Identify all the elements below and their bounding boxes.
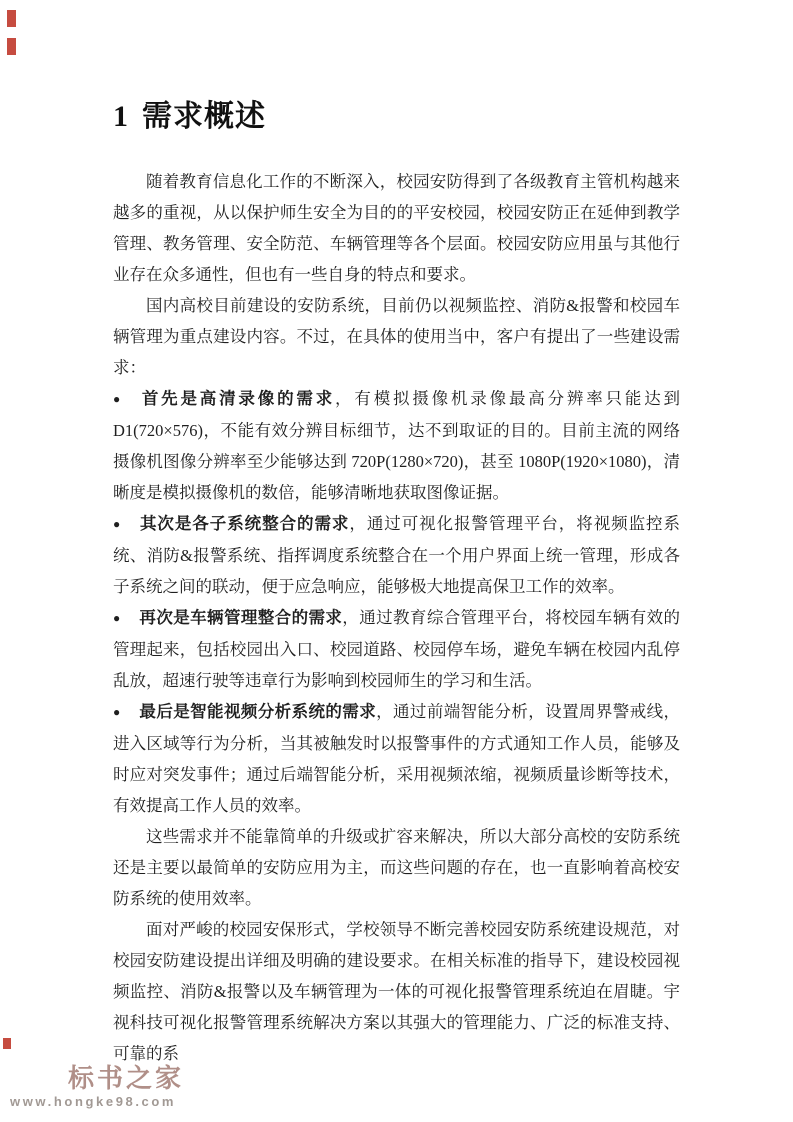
- red-edge-mark-bottom: [3, 1038, 11, 1049]
- bullet-icon: ●: [113, 384, 139, 415]
- bullet-lead: 再次是车辆管理整合的需求: [139, 608, 342, 627]
- section-heading: 1需求概述: [113, 96, 680, 138]
- watermark-brand: 标书之家: [68, 1058, 184, 1095]
- bullet-item-hd-recording: ●首先是高清录像的需求，有模拟摄像机录像最高分辨率只能达到 D1(720×576…: [113, 383, 680, 508]
- red-edge-mark-top-2: [7, 38, 16, 55]
- closing-paragraph-2: 面对严峻的校园安保形式，学校领导不断完善校园安防系统建设规范，对校园安防建设提出…: [113, 914, 680, 1069]
- bullet-icon: ●: [113, 697, 139, 728]
- watermark-url: www.hongke98.com: [10, 1094, 176, 1109]
- intro-paragraph-1: 随着教育信息化工作的不断深入，校园安防得到了各级教育主管机构越来越多的重视，从以…: [113, 166, 680, 290]
- bullet-icon: ●: [113, 603, 139, 634]
- bullet-item-subsystem-integration: ●其次是各子系统整合的需求，通过可视化报警管理平台，将视频监控系统、消防&报警系…: [113, 508, 680, 602]
- bullet-item-intelligent-video-analysis: ●最后是智能视频分析系统的需求，通过前端智能分析，设置周界警戒线，进入区域等行为…: [113, 696, 680, 821]
- bullet-lead: 首先是高清录像的需求: [139, 389, 335, 408]
- bullet-lead: 其次是各子系统整合的需求: [139, 514, 349, 533]
- heading-title: 需求概述: [142, 100, 266, 133]
- document-content: 1需求概述 随着教育信息化工作的不断深入，校园安防得到了各级教育主管机构越来越多…: [113, 96, 680, 1069]
- closing-paragraph-1: 这些需求并不能靠简单的升级或扩容来解决，所以大部分高校的安防系统还是主要以最简单…: [113, 821, 680, 914]
- red-edge-mark-top-1: [7, 10, 16, 27]
- bullet-lead: 最后是智能视频分析系统的需求: [139, 702, 376, 721]
- document-page: 1需求概述 随着教育信息化工作的不断深入，校园安防得到了各级教育主管机构越来越多…: [0, 0, 793, 1122]
- bullet-item-vehicle-management: ●再次是车辆管理整合的需求，通过教育综合管理平台，将校园车辆有效的管理起来，包括…: [113, 602, 680, 696]
- bullet-icon: ●: [113, 509, 139, 540]
- heading-number: 1: [113, 100, 129, 133]
- intro-paragraph-2: 国内高校目前建设的安防系统，目前仍以视频监控、消防&报警和校园车辆管理为重点建设…: [113, 290, 680, 383]
